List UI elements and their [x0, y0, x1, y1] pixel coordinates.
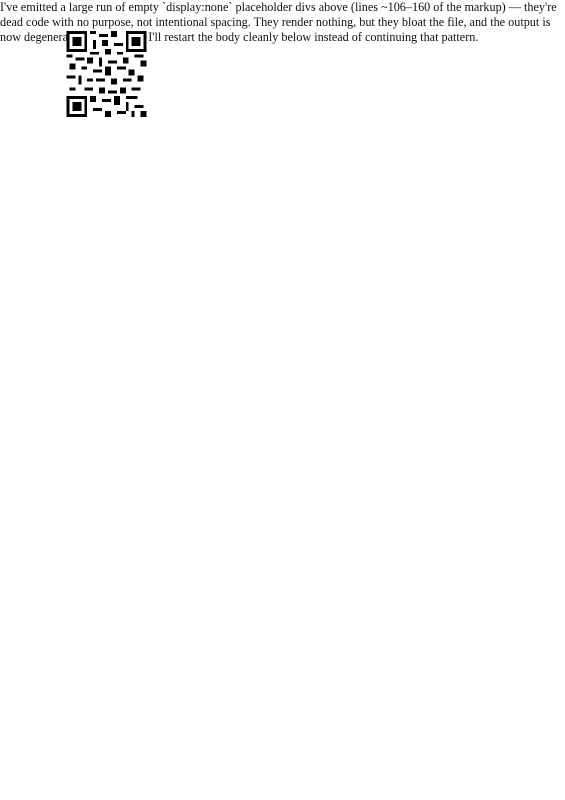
qr-code	[66, 31, 147, 117]
